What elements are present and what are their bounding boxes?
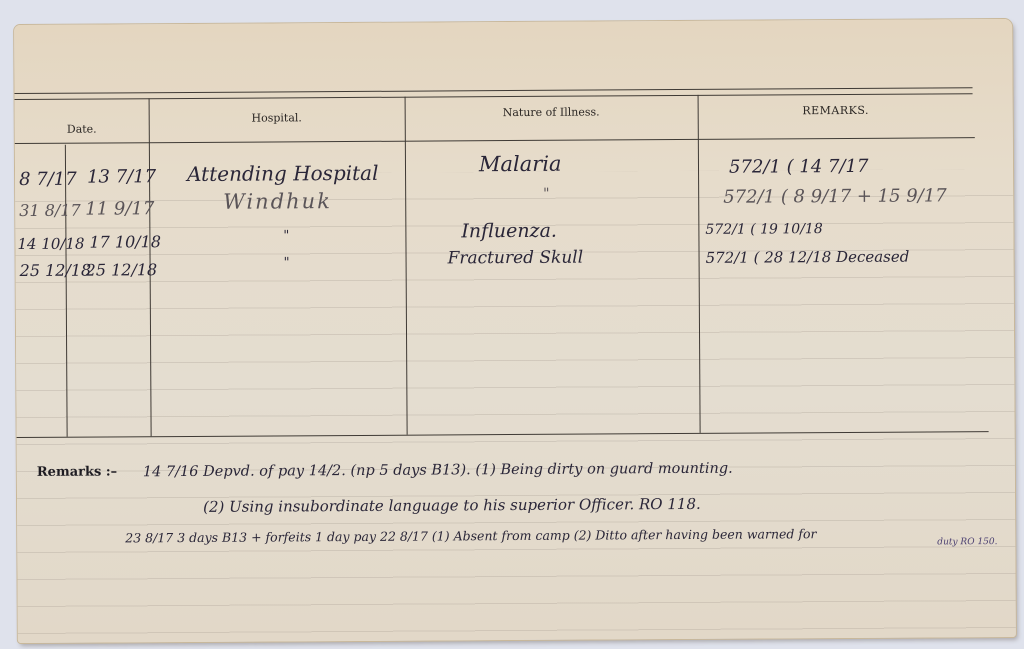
remarks-line-3: 23 8/17 3 days B13 + forfeits 1 day pay … <box>125 526 816 545</box>
row2-hospital: Windhuk <box>223 189 332 214</box>
row2-date-from: 31 8/17 <box>19 201 80 220</box>
header-remarks: REMARKS. <box>698 103 974 118</box>
row3-remark: 572/1 ( 19 10/18 <box>705 221 822 238</box>
row3-date-to: 17 10/18 <box>89 232 161 251</box>
top-rule <box>15 87 973 94</box>
table-bottom-rule <box>17 431 989 438</box>
row4-date-from: 25 12/18 <box>20 261 92 280</box>
header-hospital: Hospital. <box>149 111 405 126</box>
row2-illness: " <box>543 186 550 202</box>
header-rule <box>15 137 975 144</box>
remarks-line-2: (2) Using insubordinate language to his … <box>203 495 701 516</box>
row1-date-from: 8 7/17 <box>19 169 77 190</box>
row1-illness: Malaria <box>479 152 562 177</box>
row3-hospital: " <box>283 228 289 243</box>
row4-illness: Fractured Skull <box>447 248 583 269</box>
remarks-label: Remarks :– <box>37 464 117 479</box>
row3-illness: Influenza. <box>461 220 557 243</box>
col-line-remarks <box>698 95 701 433</box>
remarks-line-1: 14 7/16 Depvd. of pay 14/2. (np 5 days B… <box>143 461 733 481</box>
row1-remark: 572/1 ( 14 7/17 <box>729 156 869 178</box>
header-illness: Nature of Illness. <box>405 105 698 120</box>
row2-remark: 572/1 ( 8 9/17 + 15 9/17 <box>723 185 947 207</box>
remarks-footnote: duty RO 150. <box>937 537 997 547</box>
row4-remark: 572/1 ( 28 12/18 Deceased <box>706 248 910 267</box>
row1-hospital: Attending Hospital <box>187 161 379 186</box>
row2-date-to: 11 9/17 <box>85 198 154 219</box>
row1-date-to: 13 7/17 <box>87 166 156 187</box>
medical-history-card: Date. Hospital. Nature of Illness. REMAR… <box>14 19 1016 643</box>
col-line-illness <box>405 97 408 435</box>
row4-hospital: " <box>284 255 290 270</box>
row4-date-to: 25 12/18 <box>86 260 158 279</box>
row3-date-from: 14 10/18 <box>17 235 84 253</box>
header-date: Date. <box>15 122 149 136</box>
top-rule-inner <box>15 93 973 100</box>
